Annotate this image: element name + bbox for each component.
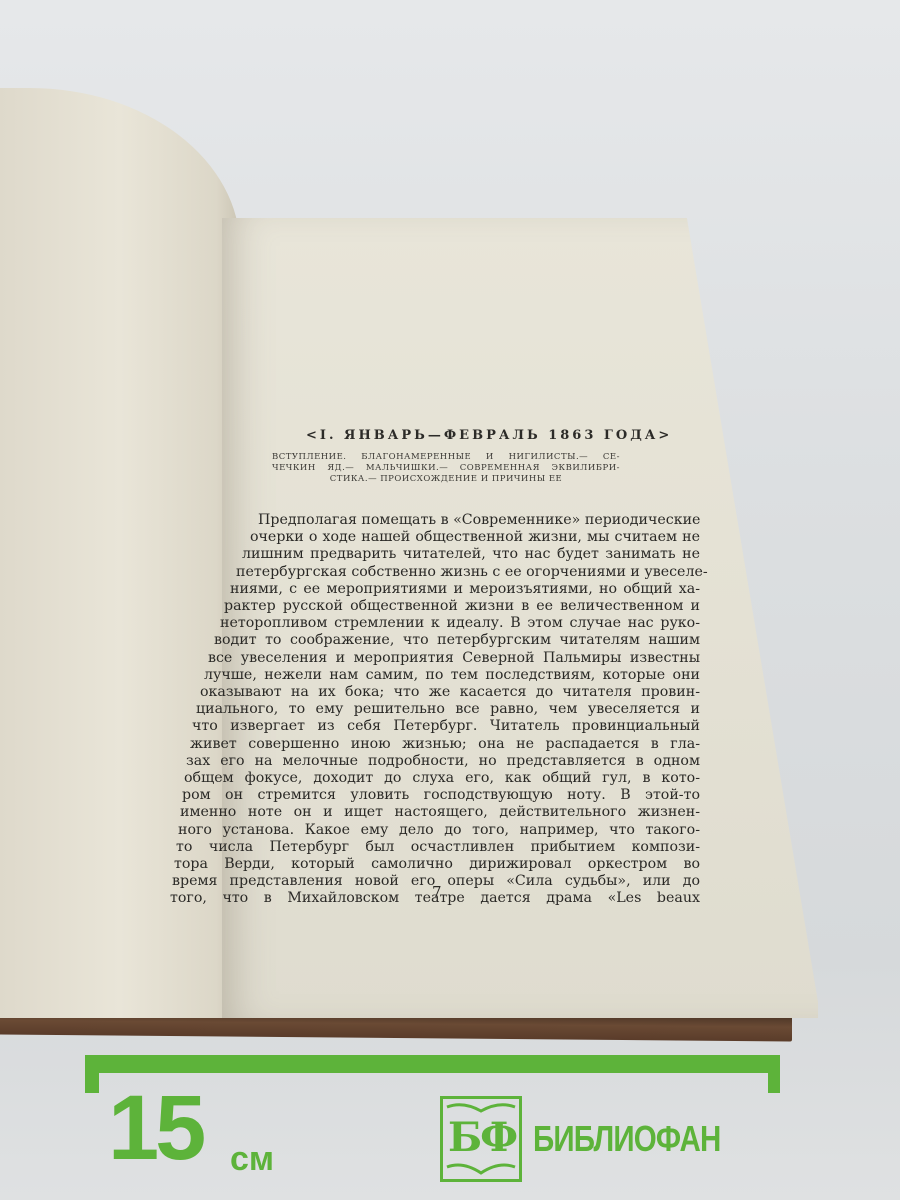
photo-scene: <I. ЯНВАРЬ—ФЕВРАЛЬ 1863 ГОДА> Вступление… bbox=[0, 0, 900, 1200]
chapter-title: <I. ЯНВАРЬ—ФЕВРАЛЬ 1863 ГОДА> bbox=[306, 428, 672, 443]
summary-line: Вступление. Благонамеренные и нигилисты.… bbox=[272, 452, 620, 463]
summary-line: чечкин яд.— Мальчишки.— Современная экви… bbox=[272, 463, 620, 474]
body-line: живет совершенно иною жизнью; она не рас… bbox=[170, 736, 700, 753]
page-number: 7 bbox=[432, 883, 442, 901]
body-text: Предполагая помещать в «Современнике» пе… bbox=[170, 512, 700, 908]
body-line: зах его на мелочные подробности, но пред… bbox=[170, 753, 700, 770]
scale-ruler-right-tick bbox=[768, 1055, 780, 1093]
body-line: лучше, нежели нам самим, по тем последст… bbox=[170, 667, 700, 684]
scale-ruler-left-tick bbox=[85, 1055, 99, 1093]
body-line: то числа Петербург был осчастливлен приб… bbox=[170, 839, 700, 856]
body-line: оказывают на их бока; что же касается до… bbox=[170, 684, 700, 701]
scale-ruler-bar bbox=[85, 1055, 780, 1073]
brand-name: БИБЛИОФАН bbox=[533, 1118, 721, 1160]
scale-size-unit: см bbox=[230, 1140, 274, 1179]
body-line: рактер русской общественной жизни в ее в… bbox=[170, 598, 700, 615]
body-line: неторопливом стремлении к идеалу. В этом… bbox=[170, 615, 700, 632]
body-line: Предполагая помещать в «Современнике» пе… bbox=[170, 512, 700, 529]
body-line: все увеселения и мероприятия Северной Па… bbox=[170, 650, 700, 667]
page-content: <I. ЯНВАРЬ—ФЕВРАЛЬ 1863 ГОДА> Вступление… bbox=[0, 0, 900, 1200]
body-line: что извергает из себя Петербург. Читател… bbox=[170, 718, 700, 735]
body-line: петербургская собственно жизнь с ее огор… bbox=[170, 564, 700, 581]
scale-size-value: 15 bbox=[108, 1082, 202, 1174]
body-line: ром он стремится уловить господствующую … bbox=[170, 787, 700, 804]
body-line: лишним предварить читателей, что нас буд… bbox=[170, 546, 700, 563]
body-line: ниями, с ее мероприятиями и мероизъятиям… bbox=[170, 581, 700, 598]
brand-logo-letters: БФ bbox=[448, 1114, 516, 1161]
summary-line: стика.— Происхождение и причины ее bbox=[272, 474, 620, 485]
body-line: именно ноте он и ищет настоящего, действ… bbox=[170, 804, 700, 821]
body-line: циального, то ему решительно все равно, … bbox=[170, 701, 700, 718]
body-line: водит то соображение, что петербургским … bbox=[170, 632, 700, 649]
body-line: ного установа. Какое ему дело до того, н… bbox=[170, 822, 700, 839]
body-line: общем фокусе, доходит до слуха его, как … bbox=[170, 770, 700, 787]
chapter-summary: Вступление. Благонамеренные и нигилисты.… bbox=[272, 452, 620, 485]
body-line: тора Верди, который самолично дирижирова… bbox=[170, 856, 700, 873]
body-line: очерки о ходе нашей общественной жизни, … bbox=[170, 529, 700, 546]
